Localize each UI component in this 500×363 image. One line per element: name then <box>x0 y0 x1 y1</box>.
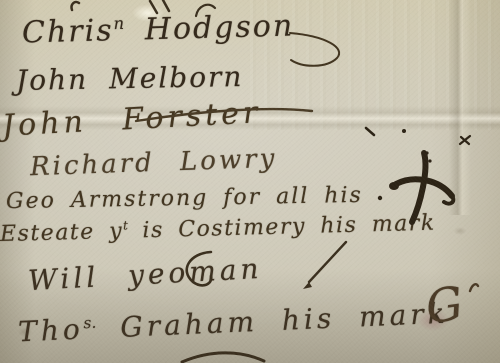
signature-text: Richard Lowry <box>30 144 278 183</box>
signature-text: Will yeoman <box>27 252 263 297</box>
signature-text: Esteate y <box>0 219 123 247</box>
g-mark-tick <box>470 284 478 291</box>
signature-richard-lowry: Richard Lowry <box>30 144 278 183</box>
ink-speck <box>460 136 470 144</box>
ink-speck <box>428 159 431 162</box>
signature-text: Geo Armstrong for all his <box>6 183 363 214</box>
ink-speck <box>402 129 406 133</box>
signature-text: John Melborn <box>16 60 244 97</box>
signature-text: Chris <box>22 13 114 50</box>
signature-will-yeoman: Will yeoman <box>27 252 263 297</box>
signature-text: is Costimery his mark <box>128 211 436 244</box>
top-cutoff-stroke <box>72 2 79 10</box>
cross-ink-blob <box>389 182 399 190</box>
superscript: s. <box>83 314 97 333</box>
paper-vertical-crease <box>449 0 471 215</box>
top-cutoff-stroke <box>163 0 169 11</box>
signature-text: Tho <box>17 313 84 349</box>
signature-thos-graham: Thos. Graham his mark <box>17 297 449 349</box>
diagonal-descender <box>309 242 346 282</box>
signature-john-melborn: John Melborn <box>16 60 244 97</box>
cross-his-mark-hook <box>444 196 453 204</box>
ink-speck <box>378 196 382 200</box>
signature-chris-hodgson: Chrisn Hodgson <box>22 8 295 50</box>
cross-his-mark <box>396 179 452 196</box>
graham-his-mark-initial: G <box>422 276 466 335</box>
bottom-cutoff-flourish <box>182 353 264 362</box>
signature-john-forster: John Forster <box>1 95 262 144</box>
hodgson-flourish <box>290 33 339 66</box>
ink-speck <box>425 151 428 154</box>
diagonal-descender-tip <box>303 282 312 289</box>
signature-text: Hodgson <box>124 8 295 47</box>
paper-fox-spot <box>452 226 468 236</box>
signature-text: John Forster <box>1 95 262 144</box>
manuscript-photo: Chrisn Hodgson John Melborn John Forster… <box>0 0 500 363</box>
ink-speck <box>366 128 374 135</box>
signature-text: Graham his mark <box>96 297 449 345</box>
signature-geo-armstrong-line1: Geo Armstrong for all his <box>6 183 363 214</box>
signature-geo-armstrong-line2: Esteate yt is Costimery his mark <box>0 210 436 247</box>
